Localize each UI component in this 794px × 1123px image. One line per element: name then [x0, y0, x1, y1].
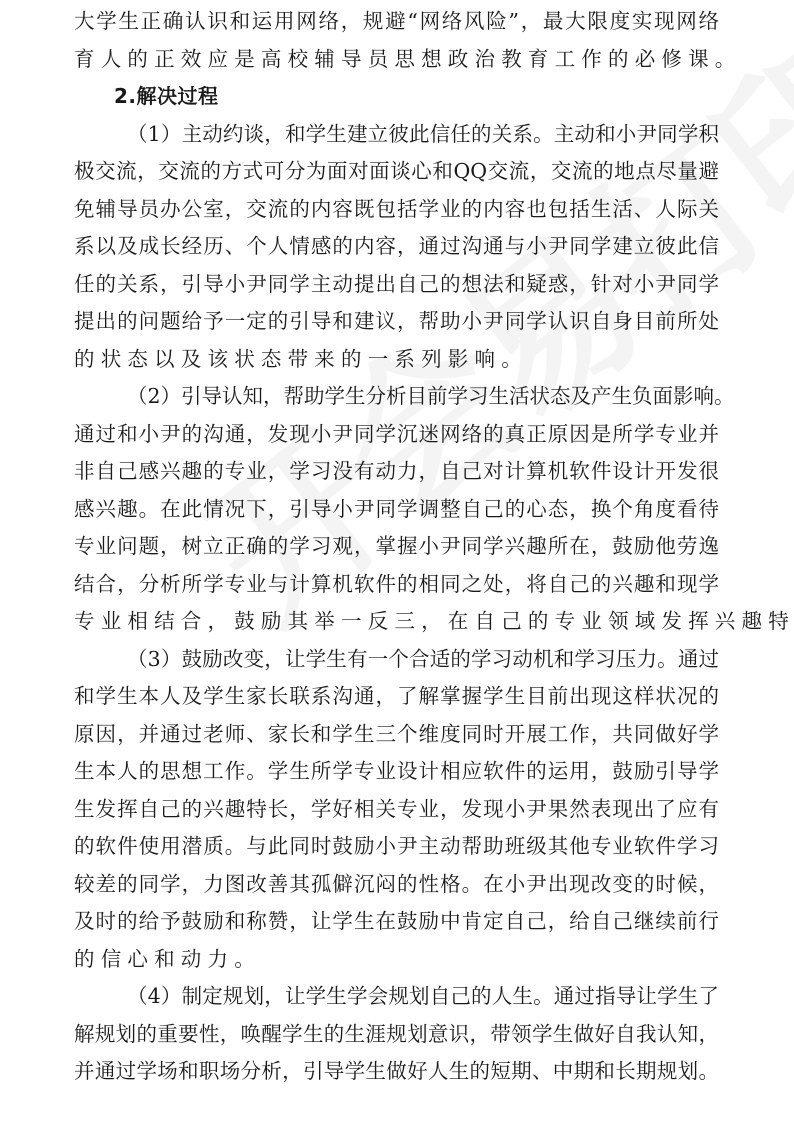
text-line: 感兴趣。在此情况下，引导小尹同学调整自己的心态，换个角度看待 [74, 491, 719, 529]
text-line: 系以及成长经历、个人情感的内容，通过沟通与小尹同学建立彼此信 [74, 228, 719, 266]
text-line: 原因，并通过老师、家长和学生三个维度同时开展工作，共同做好学 [74, 716, 719, 754]
text-line: 生本人的思想工作。学生所学专业设计相应软件的运用，鼓励引导学 [74, 753, 719, 791]
text-line: 较差的同学，力图改善其孤僻沉闷的性格。在小尹出现改变的时候， [74, 866, 719, 904]
text-line: 的软件使用潜质。与此同时鼓励小尹主动帮助班级其他专业软件学习 [74, 828, 719, 866]
paragraph-3: （3）鼓励改变，让学生有一个合适的学习动机和学习压力。通过 和学生本人及学生家长… [74, 641, 719, 979]
text-line: （1）主动约谈，和学生建立彼此信任的关系。主动和小尹同学积 [74, 116, 719, 154]
text-line: 的状态以及该状态带来的一系列影响。 [74, 341, 719, 379]
text-line: 专业问题，树立正确的学习观，掌握小尹同学兴趣所在，鼓励他劳逸 [74, 528, 719, 566]
paragraph-2: （2）引导认知，帮助学生分析目前学习生活状态及产生负面影响。 通过和小尹的沟通，… [74, 378, 719, 641]
section-heading: 2.解决过程 [74, 78, 719, 116]
text-line: 非自己感兴趣的专业，学习没有动力，自己对计算机软件设计开发很 [74, 453, 719, 491]
text-line: 免辅导员办公室，交流的内容既包括学业的内容也包括生活、人际关 [74, 191, 719, 229]
paragraph-4: （4）制定规划，让学生学会规划自己的人生。通过指导让学生了 解规划的重要性，唤醒… [74, 978, 719, 1091]
text-line: 任的关系，引导小尹同学主动提出自己的想法和疑惑，针对小尹同学 [74, 266, 719, 304]
text-line: 解规划的重要性，唤醒学生的生涯规划意识，带领学生做好自我认知， [74, 1016, 719, 1054]
text-line: （2）引导认知，帮助学生分析目前学习生活状态及产生负面影响。 [74, 378, 719, 416]
text-line: 专业相结合，鼓励其举一反三，在自己的专业领域发挥兴趣特长。 [74, 603, 719, 641]
text-line: 育人的正效应是高校辅导员思想政治教育工作的必修课。 [74, 41, 719, 79]
text-line: 及时的给予鼓励和称赞，让学生在鼓励中肯定自己，给自己继续前行 [74, 903, 719, 941]
text-line: 生发挥自己的兴趣特长，学好相关专业，发现小尹果然表现出了应有 [74, 791, 719, 829]
text-line: 和学生本人及学生家长联系沟通，了解掌握学生目前出现这样状况的 [74, 678, 719, 716]
intro-paragraph: 大学生正确认识和运用网络，规避“网络风险”，最大限度实现网络 育人的正效应是高校… [74, 3, 719, 78]
text-line: 大学生正确认识和运用网络，规避“网络风险”，最大限度实现网络 [74, 3, 719, 41]
text-line: 提出的问题给予一定的引导和建议，帮助小尹同学认识自身目前所处 [74, 303, 719, 341]
text-line: 的信心和动力。 [74, 941, 719, 979]
text-line: 结合，分析所学专业与计算机软件的相同之处，将自己的兴趣和现学 [74, 566, 719, 604]
paragraph-1: （1）主动约谈，和学生建立彼此信任的关系。主动和小尹同学积 极交流，交流的方式可… [74, 116, 719, 379]
document-page: 大学生正确认识和运用网络，规避“网络风险”，最大限度实现网络 育人的正效应是高校… [74, 3, 719, 1091]
text-line: 并通过学场和职场分析，引导学生做好人生的短期、中期和长期规划。 [74, 1053, 719, 1091]
text-line: 通过和小尹的沟通，发现小尹同学沉迷网络的真正原因是所学专业并 [74, 416, 719, 454]
text-line: 极交流，交流的方式可分为面对面谈心和QQ交流，交流的地点尽量避 [74, 153, 719, 191]
text-line: （3）鼓励改变，让学生有一个合适的学习动机和学习压力。通过 [74, 641, 719, 679]
text-line: （4）制定规划，让学生学会规划自己的人生。通过指导让学生了 [74, 978, 719, 1016]
